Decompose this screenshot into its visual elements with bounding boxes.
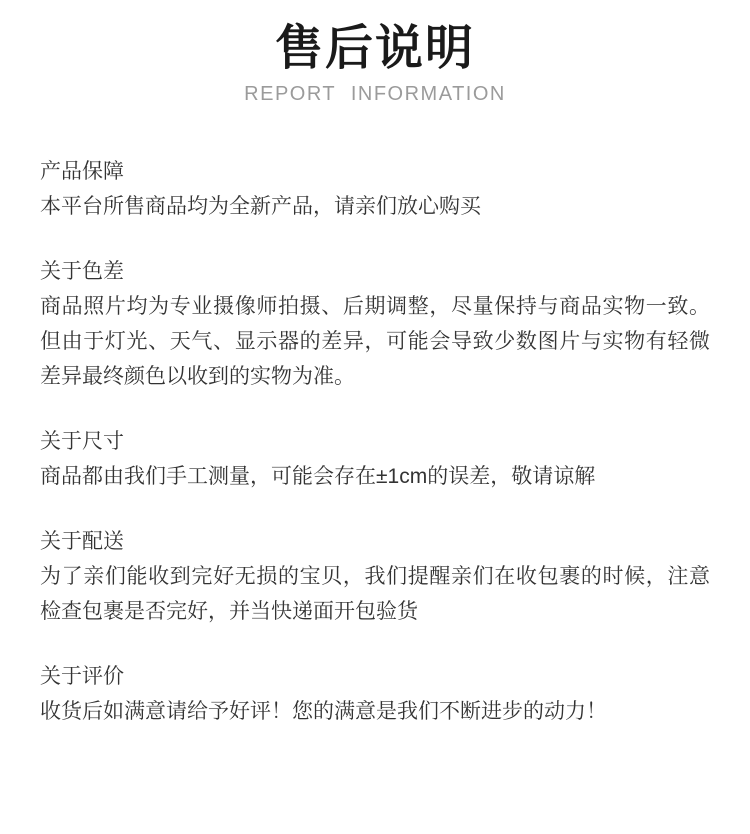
section-heading: 关于配送 <box>40 524 710 559</box>
section-heading: 产品保障 <box>40 154 710 189</box>
section-heading: 关于评价 <box>40 659 710 694</box>
section-heading: 关于尺寸 <box>40 424 710 459</box>
section-body: 收货后如满意请给予好评！您的满意是我们不断进步的动力！ <box>40 694 710 729</box>
section-body: 为了亲们能收到完好无损的宝贝，我们提醒亲们在收包裹的时候，注意检查包裹是否完好，… <box>40 559 710 629</box>
section-color-difference: 关于色差 商品照片均为专业摄像师拍摄、后期调整，尽量保持与商品实物一致。但由于灯… <box>40 254 710 394</box>
section-body: 商品照片均为专业摄像师拍摄、后期调整，尽量保持与商品实物一致。但由于灯光、天气、… <box>40 289 710 394</box>
page-title: 售后说明 <box>0 20 750 78</box>
after-sales-info-page: 售后说明 REPORT INFORMATION 产品保障 本平台所售商品均为全新… <box>0 0 750 834</box>
page-subtitle: REPORT INFORMATION <box>0 82 750 106</box>
section-body: 本平台所售商品均为全新产品，请亲们放心购买 <box>40 189 710 224</box>
sections-container: 产品保障 本平台所售商品均为全新产品，请亲们放心购买 关于色差 商品照片均为专业… <box>40 154 710 729</box>
section-review: 关于评价 收货后如满意请给予好评！您的满意是我们不断进步的动力！ <box>40 659 710 729</box>
section-product-guarantee: 产品保障 本平台所售商品均为全新产品，请亲们放心购买 <box>40 154 710 224</box>
section-body: 商品都由我们手工测量，可能会存在±1cm的误差，敬请谅解 <box>40 459 710 494</box>
section-size: 关于尺寸 商品都由我们手工测量，可能会存在±1cm的误差，敬请谅解 <box>40 424 710 494</box>
section-heading: 关于色差 <box>40 254 710 289</box>
page-header: 售后说明 REPORT INFORMATION <box>0 0 750 106</box>
section-delivery: 关于配送 为了亲们能收到完好无损的宝贝，我们提醒亲们在收包裹的时候，注意检查包裹… <box>40 524 710 629</box>
